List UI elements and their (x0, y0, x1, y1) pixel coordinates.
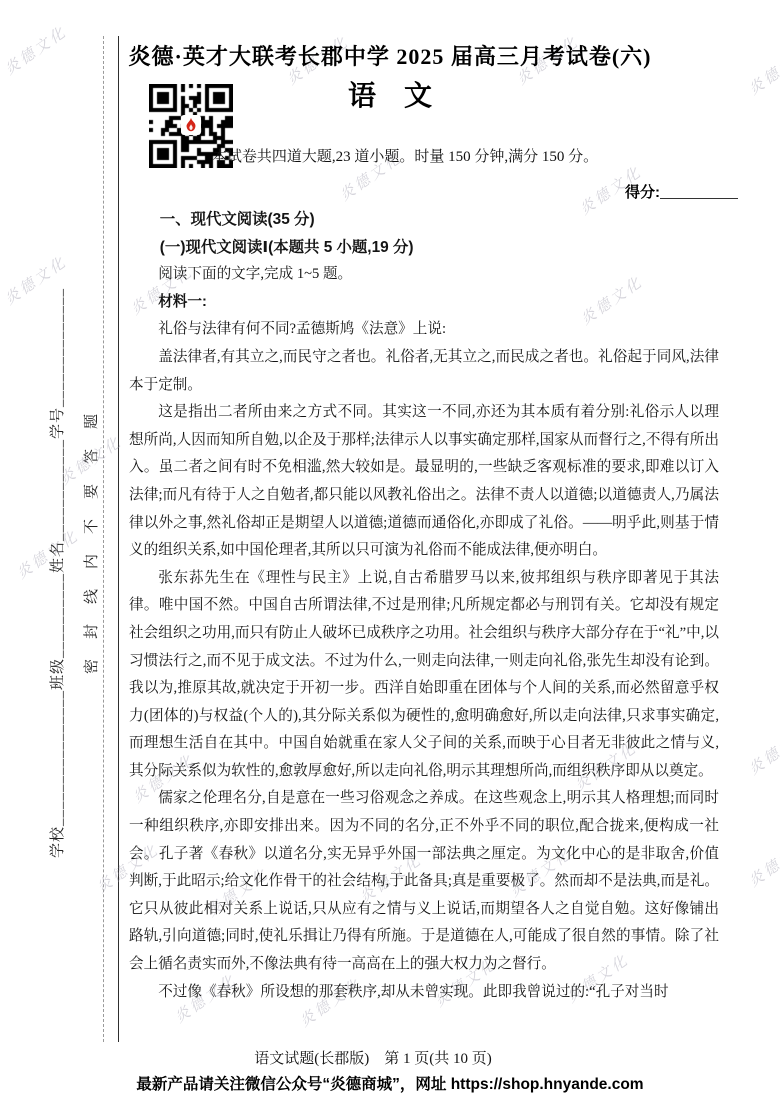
part-heading: (一)现代文阅读Ⅰ(本题共 5 小题,19 分) (129, 234, 719, 262)
material-label: 材料一: (129, 289, 719, 317)
exam-paper-page: 学校________________班级__________姓名________… (0, 0, 780, 1104)
score-line: 得分: (625, 181, 738, 202)
exam-title: 炎德·英才大联考长郡中学 2025 届高三月考试卷(六) (0, 40, 780, 71)
paragraph: 不过像《春秋》所设想的那套秩序,却从未曾实现。此即我曾说过的:“孔子对当时 (129, 979, 719, 1007)
reading-content: 一、现代文阅读(35 分) (一)现代文阅读Ⅰ(本题共 5 小题,19 分) 阅… (129, 206, 719, 1048)
seal-line-note: 密封线内不要答题 (80, 394, 101, 674)
paragraph: 盖法律者,有其立之,而民守之者也。礼俗者,无其立之,而民成之者也。礼俗起于同风,… (129, 344, 719, 399)
promo-line: 最新产品请关注微信公众号“炎德商城”，网址 https://shop.hnyan… (0, 1072, 780, 1094)
paragraph: 这是指出二者所由来之方式不同。其实这一不同,亦还为其本质有着分别:礼俗示人以理想… (129, 399, 719, 565)
seal-dashed-line (103, 36, 104, 1042)
paragraph: 礼俗与法律有何不同?孟德斯鸠《法意》上说: (129, 316, 719, 344)
score-blank (660, 184, 738, 199)
paragraph: 儒家之伦理名分,自是意在一些习俗观念之养成。在这些观念上,明示其人格理想;而同时… (129, 785, 719, 978)
paper-instructions: 本试卷共四道大题,23 道小题。时量 150 分钟,满分 150 分。 (60, 145, 750, 166)
reading-prompt: 阅读下面的文字,完成 1~5 题。 (129, 261, 719, 289)
paragraph: 张东荪先生在《理性与民主》上说,自古希腊罗马以来,彼邦组织与秩序即著见于其法律。… (129, 565, 719, 786)
score-label: 得分: (625, 184, 660, 201)
flame-logo-icon (181, 115, 201, 135)
student-info-fields: 学校________________班级__________姓名________… (46, 193, 67, 858)
section-heading: 一、现代文阅读(35 分) (129, 206, 719, 234)
subject-title: 语 文 (0, 74, 780, 114)
watermark-text: 炎德文化 (744, 833, 780, 892)
page-number: 语文试题(长郡版) 第 1 页(共 10 页) (0, 1047, 746, 1068)
watermark-text: 炎德文化 (744, 721, 780, 780)
seal-solid-line (118, 36, 119, 1042)
